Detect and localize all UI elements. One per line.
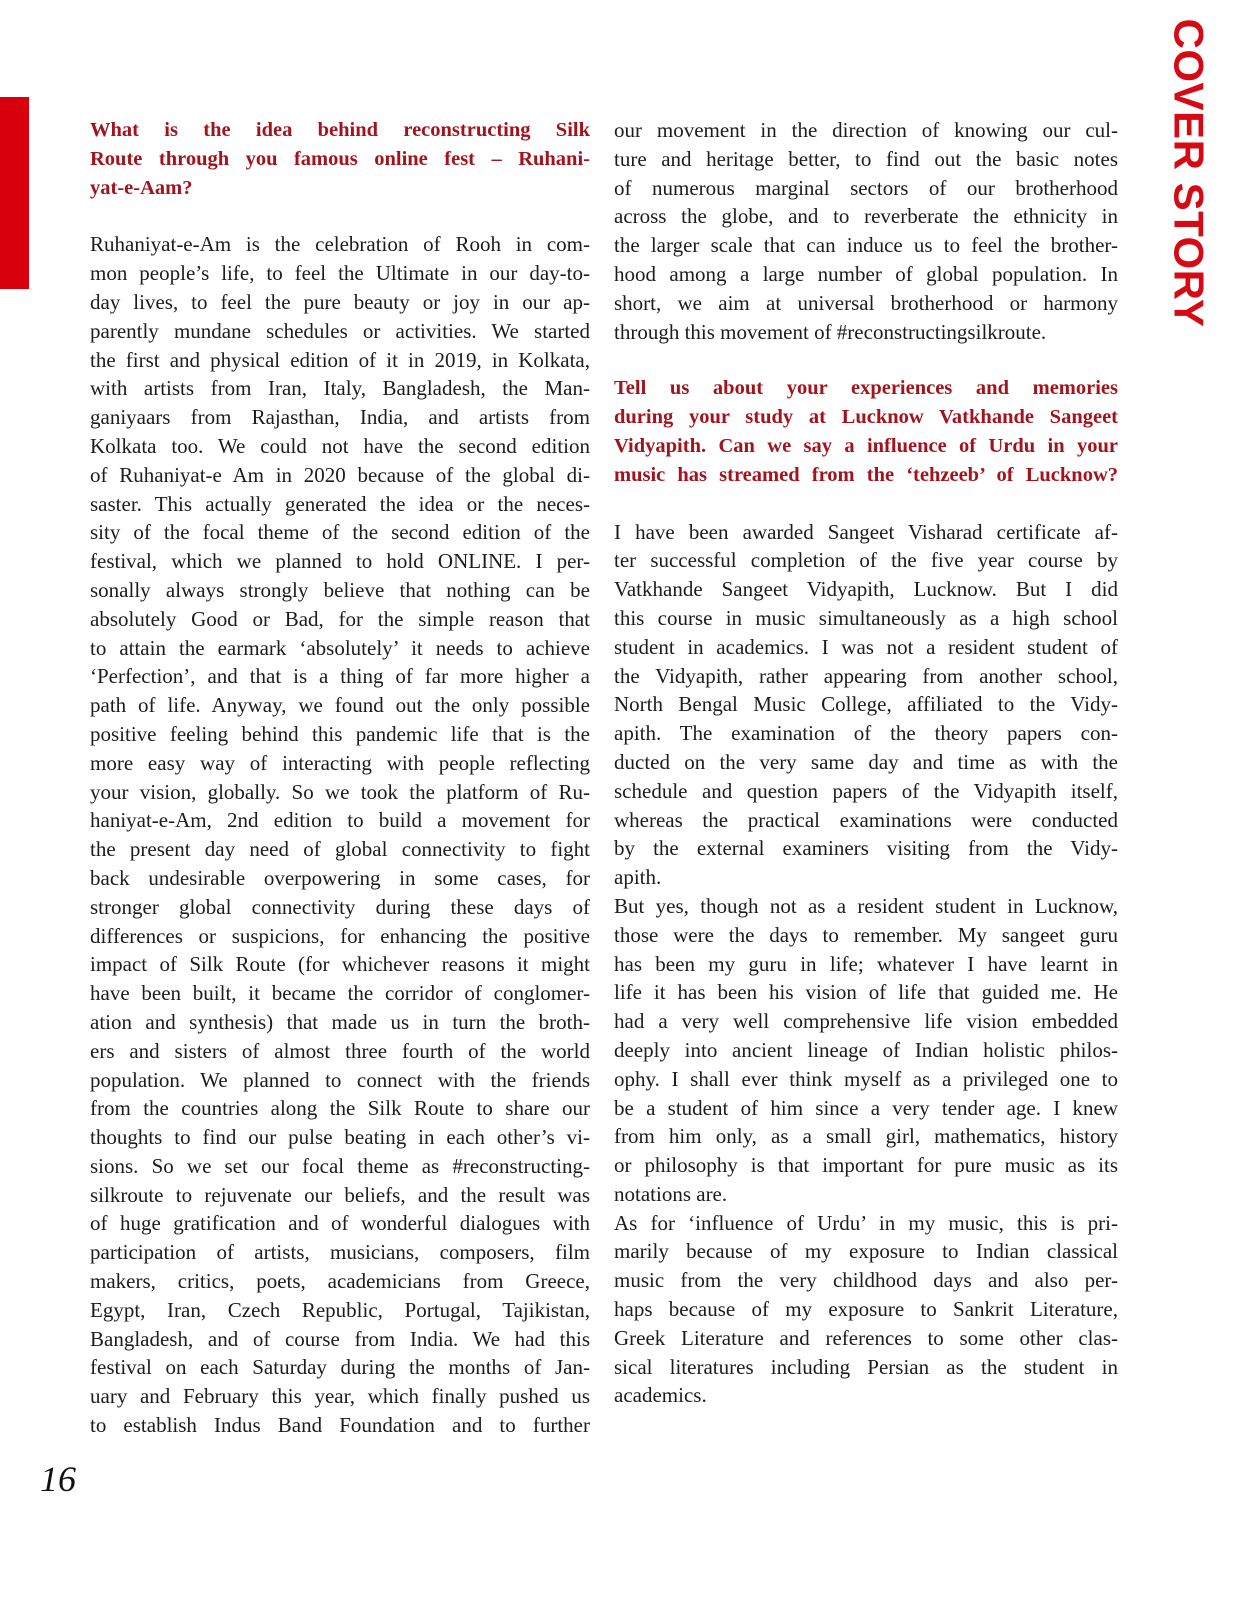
- text-line: I have been awarded Sangeet Visharad cer…: [614, 518, 1118, 547]
- text-line: ation and synthesis) that made us in tur…: [90, 1008, 590, 1037]
- section-label-text: COVER STORY: [1164, 19, 1212, 328]
- text-line: ture and heritage better, to find out th…: [614, 145, 1118, 174]
- question-heading: What is the idea behind reconstructing S…: [90, 116, 590, 202]
- text-line: music has streamed from the ‘tehzeeb’ of…: [614, 461, 1118, 490]
- text-line: marily because of my exposure to Indian …: [614, 1237, 1118, 1266]
- right-column: our movement in the direction of knowing…: [614, 116, 1118, 1410]
- text-line: with artists from Iran, Italy, Banglades…: [90, 374, 590, 403]
- text-line: had a very well comprehensive life visio…: [614, 1007, 1118, 1036]
- text-line: from him only, as a small girl, mathemat…: [614, 1122, 1118, 1151]
- text-line: ter successful completion of the five ye…: [614, 546, 1118, 575]
- text-line: As for ‘influence of Urdu’ in my music, …: [614, 1209, 1118, 1238]
- text-line: those were the days to remember. My sang…: [614, 921, 1118, 950]
- text-line: life it has been his vision of life that…: [614, 978, 1118, 1007]
- text-line: the larger scale that can induce us to f…: [614, 231, 1118, 260]
- text-line: the present day need of global connectiv…: [90, 835, 590, 864]
- text-line: Tell us about your experiences and memor…: [614, 374, 1118, 403]
- text-line: our movement in the direction of knowing…: [614, 116, 1118, 145]
- text-line: have been built, it became the corridor …: [90, 979, 590, 1008]
- text-line: mon people’s life, to feel the Ultimate …: [90, 259, 590, 288]
- text-line: uary and February this year, which final…: [90, 1382, 590, 1411]
- text-line: population. We planned to connect with t…: [90, 1066, 590, 1095]
- text-line: be a student of him since a very tender …: [614, 1094, 1118, 1123]
- text-line: parently mundane schedules or activities…: [90, 317, 590, 346]
- text-line: short, we aim at universal brotherhood o…: [614, 289, 1118, 318]
- text-line: academics.: [614, 1381, 1118, 1410]
- text-line: stronger global connectivity during thes…: [90, 893, 590, 922]
- paragraph-gap: [90, 202, 590, 230]
- text-line: yat-e-Aam?: [90, 174, 590, 203]
- text-line: positive feeling behind this pandemic li…: [90, 720, 590, 749]
- text-line: across the globe, and to reverberate the…: [614, 202, 1118, 231]
- text-line: through this movement of #reconstructing…: [614, 318, 1118, 347]
- text-line: thoughts to find our pulse beating in ea…: [90, 1123, 590, 1152]
- page-number: 16: [40, 1458, 76, 1500]
- text-line: Bangladesh, and of course from India. We…: [90, 1325, 590, 1354]
- text-line: sity of the focal theme of the second ed…: [90, 518, 590, 547]
- text-line: student in academics. I was not a reside…: [614, 633, 1118, 662]
- text-line: day lives, to feel the pure beauty or jo…: [90, 288, 590, 317]
- text-line: festival on each Saturday during the mon…: [90, 1353, 590, 1382]
- text-line: ducted on the very same day and time as …: [614, 748, 1118, 777]
- text-line: Greek Literature and references to some …: [614, 1324, 1118, 1353]
- text-line: apith. The examination of the theory pap…: [614, 719, 1118, 748]
- text-line: participation of artists, musicians, com…: [90, 1238, 590, 1267]
- left-column: What is the idea behind reconstructing S…: [90, 116, 590, 1440]
- question-heading: Tell us about your experiences and memor…: [614, 374, 1118, 489]
- text-line: sions. So we set our focal theme as #rec…: [90, 1152, 590, 1181]
- answer-paragraph-continued: our movement in the direction of knowing…: [614, 116, 1118, 346]
- text-line: back undesirable overpowering in some ca…: [90, 864, 590, 893]
- text-line: during your study at Lucknow Vatkhande S…: [614, 403, 1118, 432]
- text-line: ers and sisters of almost three fourth o…: [90, 1037, 590, 1066]
- text-line: your vision, globally. So we took the pl…: [90, 778, 590, 807]
- text-line: of huge gratification and of wonderful d…: [90, 1209, 590, 1238]
- text-line: ‘Perfection’, and that is a thing of far…: [90, 662, 590, 691]
- text-line: of Ruhaniyat-e Am in 2020 because of the…: [90, 461, 590, 490]
- text-line: absolutely Good or Bad, for the simple r…: [90, 605, 590, 634]
- text-line: Vidyapith. Can we say a influence of Urd…: [614, 432, 1118, 461]
- text-line: of numerous marginal sectors of our brot…: [614, 174, 1118, 203]
- paragraph-gap: [614, 490, 1118, 518]
- answer-paragraph: I have been awarded Sangeet Visharad cer…: [614, 518, 1118, 892]
- text-line: more easy way of interacting with people…: [90, 749, 590, 778]
- text-line: haniyat-e-Am, 2nd edition to build a mov…: [90, 806, 590, 835]
- text-line: differences or suspicions, for enhancing…: [90, 922, 590, 951]
- text-line: makers, critics, poets, academicians fro…: [90, 1267, 590, 1296]
- text-line: What is the idea behind reconstructing S…: [90, 116, 590, 145]
- text-line: by the external examiners visiting from …: [614, 834, 1118, 863]
- text-line: But yes, though not as a resident studen…: [614, 892, 1118, 921]
- text-line: schedule and question papers of the Vidy…: [614, 777, 1118, 806]
- text-line: hood among a large number of global popu…: [614, 260, 1118, 289]
- text-line: the first and physical edition of it in …: [90, 346, 590, 375]
- text-line: saster. This actually generated the idea…: [90, 490, 590, 519]
- text-line: Ruhaniyat-e-Am is the celebration of Roo…: [90, 230, 590, 259]
- text-line: apith.: [614, 863, 1118, 892]
- text-line: to attain the earmark ‘absolutely’ it ne…: [90, 634, 590, 663]
- text-line: sonally always strongly believe that not…: [90, 576, 590, 605]
- text-line: has been my guru in life; whatever I hav…: [614, 950, 1118, 979]
- text-line: this course in music simultaneously as a…: [614, 604, 1118, 633]
- text-line: Kolkata too. We could not have the secon…: [90, 432, 590, 461]
- text-line: or philosophy is that important for pure…: [614, 1151, 1118, 1180]
- answer-paragraph: As for ‘influence of Urdu’ in my music, …: [614, 1209, 1118, 1411]
- text-line: Vatkhande Sangeet Vidyapith, Lucknow. Bu…: [614, 575, 1118, 604]
- paragraph-gap: [614, 346, 1118, 374]
- text-line: North Bengal Music College, affiliated t…: [614, 690, 1118, 719]
- text-line: ganiyaars from Rajasthan, India, and art…: [90, 403, 590, 432]
- text-line: to establish Indus Band Foundation and t…: [90, 1411, 590, 1440]
- section-label: COVER STORY: [1158, 8, 1218, 338]
- text-line: impact of Silk Route (for whichever reas…: [90, 950, 590, 979]
- text-line: Route through you famous online fest – R…: [90, 145, 590, 174]
- text-line: music from the very childhood days and a…: [614, 1266, 1118, 1295]
- text-line: the Vidyapith, rather appearing from ano…: [614, 662, 1118, 691]
- text-line: silkroute to rejuvenate our beliefs, and…: [90, 1181, 590, 1210]
- text-line: deeply into ancient lineage of Indian ho…: [614, 1036, 1118, 1065]
- text-line: whereas the practical examinations were …: [614, 806, 1118, 835]
- text-line: notations are.: [614, 1180, 1118, 1209]
- text-line: festival, which we planned to hold ONLIN…: [90, 547, 590, 576]
- red-accent-tab: [0, 97, 29, 289]
- text-line: haps because of my exposure to Sankrit L…: [614, 1295, 1118, 1324]
- text-line: from the countries along the Silk Route …: [90, 1094, 590, 1123]
- text-line: Egypt, Iran, Czech Republic, Portugal, T…: [90, 1296, 590, 1325]
- text-line: sical literatures including Persian as t…: [614, 1353, 1118, 1382]
- text-line: path of life. Anyway, we found out the o…: [90, 691, 590, 720]
- text-line: ophy. I shall ever think myself as a pri…: [614, 1065, 1118, 1094]
- answer-paragraph: Ruhaniyat-e-Am is the celebration of Roo…: [90, 230, 590, 1439]
- answer-paragraph: But yes, though not as a resident studen…: [614, 892, 1118, 1209]
